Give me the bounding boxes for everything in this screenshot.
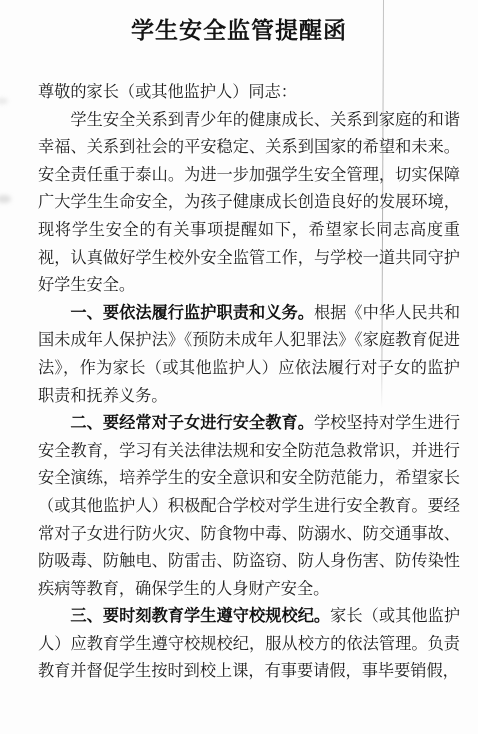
section-1-heading: 一、要依法履行监护职责和义务。 (70, 304, 314, 322)
document-body: 尊敬的家长（或其他监护人）同志： 学生安全关系到青少年的健康成长、关系到家庭的和… (38, 79, 460, 686)
document-title: 学生安全监管提醒函 (0, 0, 478, 46)
paragraph-intro: 学生安全关系到青少年的健康成长、关系到家庭的和谐幸福、关系到社会的平安稳定、关系… (38, 107, 460, 300)
paragraph-intro-text: 学生安全关系到青少年的健康成长、关系到家庭的和谐幸福、关系到社会的平安稳定、关系… (38, 111, 460, 295)
paragraph-section-2: 二、要经常对子女进行安全教育。学校坚持对学生进行安全教育，学习有关法律法规和安全… (38, 410, 460, 603)
section-2-text: 学校坚持对学生进行安全教育，学习有关法律法规和安全防范急救常识，并进行安全演练，… (38, 414, 460, 598)
paragraph-section-3: 三、要时刻教育学生遵守校规校纪。家长（或其他监护人）应教育学生遵守校规校纪，服从… (38, 603, 460, 686)
section-2-heading: 二、要经常对子女进行安全教育。 (70, 414, 314, 432)
paragraph-section-1: 一、要依法履行监护职责和义务。根据《中华人民共和国未成年人保护法》《预防未成年人… (38, 300, 460, 410)
salutation: 尊敬的家长（或其他监护人）同志： (38, 79, 460, 107)
section-3-heading: 三、要时刻教育学生遵守校规校纪。 (70, 607, 330, 625)
scan-smudge-artifact-2 (0, 98, 8, 104)
scan-smudge-artifact (0, 195, 11, 203)
scanned-document-page: 学生安全监管提醒函 尊敬的家长（或其他监护人）同志： 学生安全关系到青少年的健康… (0, 0, 478, 734)
